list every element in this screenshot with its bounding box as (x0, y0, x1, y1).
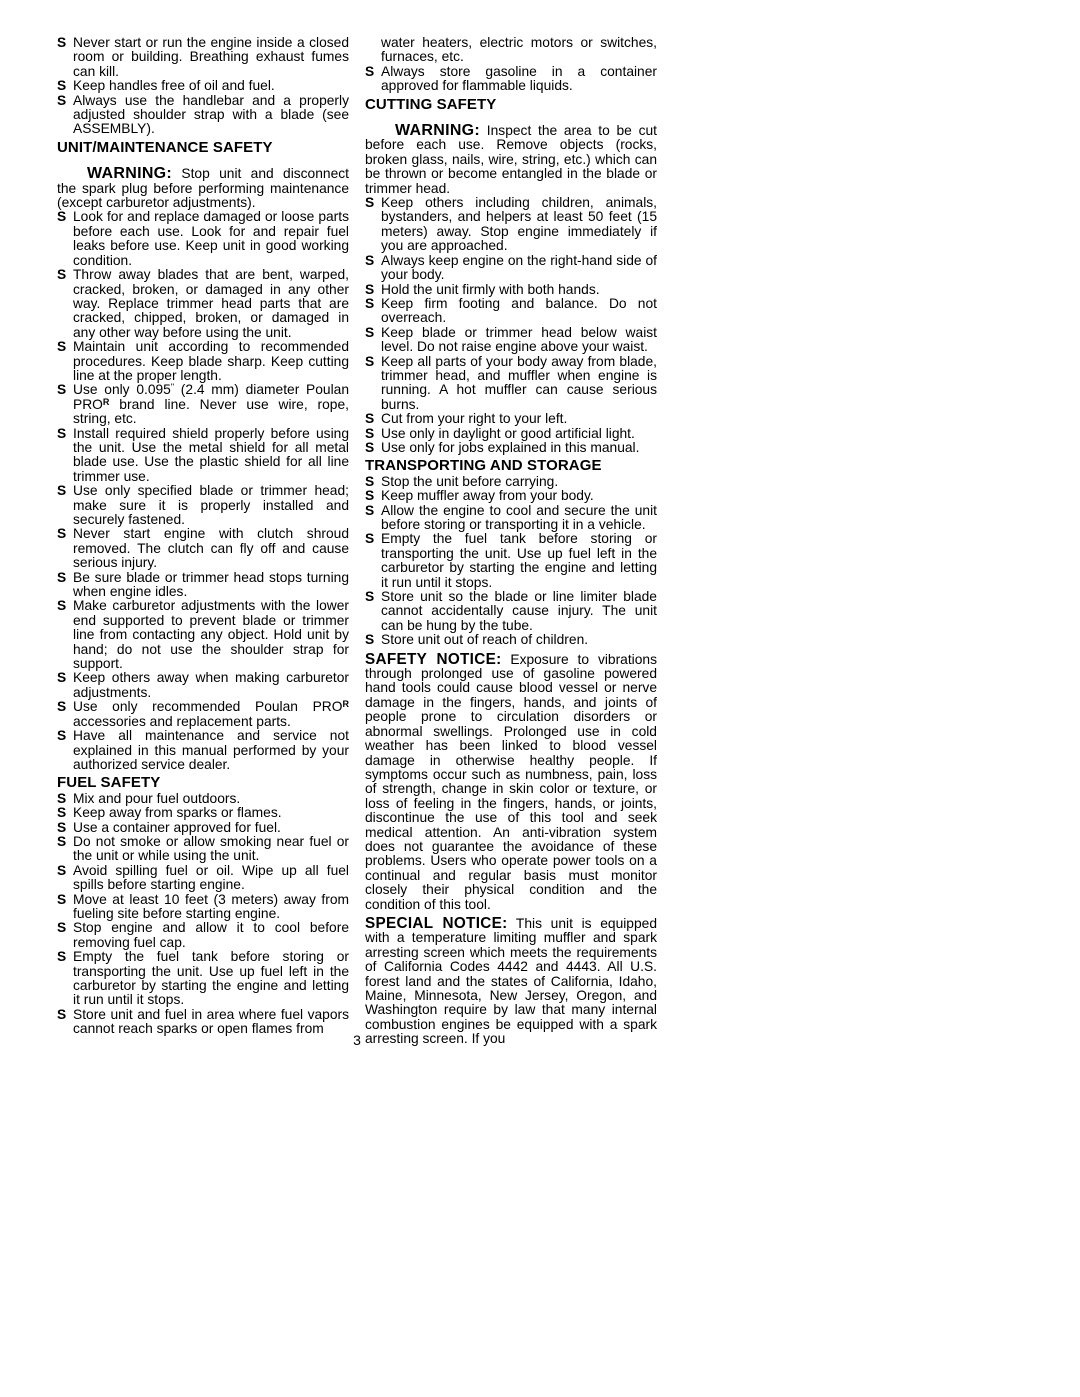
bullet-item: SUse only in daylight or good artificial… (365, 427, 657, 441)
bullet-item: SCut from your right to your left. (365, 412, 657, 426)
bullet-text: Keep muffler away from your body. (381, 488, 594, 503)
bullet-marker: S (365, 427, 374, 441)
bullet-text: Look for and replace damaged or loose pa… (73, 209, 349, 267)
bullet-item: SLook for and replace damaged or loose p… (57, 210, 349, 268)
bullet-text: Use only recommended Poulan PROR accesso… (73, 699, 349, 728)
bullet-item: SKeep handles free of oil and fuel. (57, 79, 349, 93)
bullet-marker: S (57, 821, 66, 835)
bullet-item: SUse only specified blade or trimmer hea… (57, 484, 349, 527)
column-right: water heaters, electric motors or switch… (365, 36, 657, 1047)
bullet-text: Keep firm footing and balance. Do not ov… (381, 296, 657, 325)
bullet-item: SAlways use the handlebar and a properly… (57, 94, 349, 137)
bullet-item: SStop the unit before carrying. (365, 475, 657, 489)
bullet-marker: S (57, 792, 66, 806)
bullet-marker: S (57, 383, 66, 397)
bullet-text: Empty the fuel tank before storing or tr… (381, 531, 657, 589)
bullet-text: Keep away from sparks or flames. (73, 805, 282, 820)
bullet-marker: S (57, 427, 66, 441)
section-heading: CUTTING SAFETY (365, 98, 657, 112)
bullet-marker: S (57, 94, 66, 108)
bullet-text: Hold the unit firmly with both hands. (381, 282, 600, 297)
content-columns: SNever start or run the engine inside a … (57, 36, 657, 1047)
bullet-item: SNever start or run the engine inside a … (57, 36, 349, 79)
bullet-item: SKeep all parts of your body away from b… (365, 355, 657, 413)
bullet-item: SUse a container approved for fuel. (57, 821, 349, 835)
bullet-marker: S (57, 571, 66, 585)
bullet-item: SAlways keep engine on the right-hand si… (365, 254, 657, 283)
bullet-marker: S (365, 504, 374, 518)
bullet-text: Use only 0.095" (2.4 mm) diameter Poulan… (73, 382, 349, 426)
bullet-marker: S (365, 590, 374, 604)
bullet-marker: S (365, 633, 374, 647)
bullet-marker: S (57, 729, 66, 743)
bullet-text: Stop engine and allow it to cool before … (73, 920, 349, 949)
bullet-marker: S (365, 254, 374, 268)
bullet-marker: S (365, 297, 374, 311)
bullet-item: SStore unit so the blade or line limiter… (365, 590, 657, 633)
bullet-marker: S (57, 484, 66, 498)
bullet-marker: S (365, 326, 374, 340)
bullet-item: SAlways store gasoline in a container ap… (365, 65, 657, 94)
warning-paragraph: WARNING: Inspect the area to be cut befo… (365, 124, 657, 196)
bullet-marker: S (57, 599, 66, 613)
document-page: SNever start or run the engine inside a … (0, 0, 1080, 1397)
bullet-item: SKeep blade or trimmer head below waist … (365, 326, 657, 355)
warning-paragraph: WARNING: Stop unit and disconnect the sp… (57, 167, 349, 210)
bullet-text: Keep others away when making carburetor … (73, 670, 349, 699)
bullet-item: SNever start engine with clutch shroud r… (57, 527, 349, 570)
bullet-item: SKeep others away when making carburetor… (57, 671, 349, 700)
bullet-text: Make carburetor adjustments with the low… (73, 598, 349, 671)
bullet-marker: S (57, 921, 66, 935)
bullet-text: Do not smoke or allow smoking near fuel … (73, 834, 349, 863)
bullet-text: Cut from your right to your left. (381, 411, 567, 426)
bullet-text: Never start engine with clutch shroud re… (73, 526, 349, 570)
bullet-marker: S (365, 412, 374, 426)
bullet-item: SMaintain unit according to recommended … (57, 340, 349, 383)
bullet-item: SAvoid spilling fuel or oil. Wipe up all… (57, 864, 349, 893)
notice-paragraph: SPECIAL NOTICE: This unit is equipped wi… (365, 917, 657, 1047)
page-number: 3 (57, 1032, 657, 1048)
bullet-item: SMix and pour fuel outdoors. (57, 792, 349, 806)
text-run: Use only recommended Poulan PRO (73, 699, 343, 714)
bullet-marker: S (57, 893, 66, 907)
bullet-item: SAllow the engine to cool and secure the… (365, 504, 657, 533)
bullet-item: SKeep muffler away from your body. (365, 489, 657, 503)
bullet-marker: S (365, 489, 374, 503)
bullet-item: SEmpty the fuel tank before storing or t… (365, 532, 657, 590)
bullet-marker: S (365, 283, 374, 297)
section-heading: FUEL SAFETY (57, 776, 349, 790)
bullet-item: SKeep firm footing and balance. Do not o… (365, 297, 657, 326)
bullet-marker: S (57, 671, 66, 685)
bullet-marker: S (57, 835, 66, 849)
bullet-text: Stop the unit before carrying. (381, 474, 558, 489)
bullet-item: SMove at least 10 feet (3 meters) away f… (57, 893, 349, 922)
text-run: Use only 0.095 (73, 382, 171, 397)
bullet-text: Allow the engine to cool and secure the … (381, 503, 657, 532)
bullet-item: SEmpty the fuel tank before storing or t… (57, 950, 349, 1008)
bullet-text: Maintain unit according to recommended p… (73, 339, 349, 383)
column-left: SNever start or run the engine inside a … (57, 36, 349, 1047)
bullet-marker: S (57, 806, 66, 820)
bullet-text: Avoid spilling fuel or oil. Wipe up all … (73, 863, 349, 892)
bullet-text: Keep all parts of your body away from bl… (381, 354, 657, 412)
bullet-item: SThrow away blades that are bent, warped… (57, 268, 349, 340)
bullet-item: SInstall required shield properly before… (57, 427, 349, 485)
bullet-item: SDo not smoke or allow smoking near fuel… (57, 835, 349, 864)
bullet-marker: S (57, 79, 66, 93)
bullet-text: Mix and pour fuel outdoors. (73, 791, 240, 806)
bullet-item: SUse only for jobs explained in this man… (365, 441, 657, 455)
text-run: accessories and replacement parts. (73, 714, 291, 729)
bullet-item: SStop engine and allow it to cool before… (57, 921, 349, 950)
bullet-text: Use only in daylight or good artificial … (381, 426, 635, 441)
bullet-item: SUse only 0.095" (2.4 mm) diameter Poula… (57, 383, 349, 426)
bullet-marker: S (57, 1008, 66, 1022)
bullet-text: Store unit out of reach of children. (381, 632, 588, 647)
bullet-marker: S (57, 700, 66, 714)
bullet-text: Use only for jobs explained in this manu… (381, 440, 639, 455)
bullet-text: Use only specified blade or trimmer head… (73, 483, 349, 527)
bullet-text: Throw away blades that are bent, warped,… (73, 267, 349, 340)
bullet-text: Keep others including children, animals,… (381, 195, 657, 253)
bullet-text: Be sure blade or trimmer head stops turn… (73, 570, 349, 599)
bullet-item: SHave all maintenance and service not ex… (57, 729, 349, 772)
bullet-text: Always keep engine on the right-hand sid… (381, 253, 657, 282)
bullet-text: Always store gasoline in a container app… (381, 64, 657, 93)
bullet-text: Never start or run the engine inside a c… (73, 35, 349, 79)
bullet-marker: S (365, 441, 374, 455)
bullet-text: Empty the fuel tank before storing or tr… (73, 949, 349, 1007)
bullet-marker: S (57, 210, 66, 224)
bullet-item: SKeep away from sparks or flames. (57, 806, 349, 820)
bullet-marker: S (57, 268, 66, 282)
bullet-text: Have all maintenance and service not exp… (73, 728, 349, 772)
bullet-item: SHold the unit firmly with both hands. (365, 283, 657, 297)
bullet-item: SBe sure blade or trimmer head stops tur… (57, 571, 349, 600)
bullet-marker: S (57, 527, 66, 541)
superscript-text: R (343, 699, 350, 709)
bullet-marker: S (365, 475, 374, 489)
bullet-text: Move at least 10 feet (3 meters) away fr… (73, 892, 349, 921)
bullet-marker: S (57, 864, 66, 878)
bullet-text: Keep handles free of oil and fuel. (73, 78, 275, 93)
notice-paragraph: SAFETY NOTICE: Exposure to vibrations th… (365, 653, 657, 912)
bullet-marker: S (365, 65, 374, 79)
bullet-text: Install required shield properly before … (73, 426, 349, 484)
bullet-item: SKeep others including children, animals… (365, 196, 657, 254)
bullet-marker: S (365, 532, 374, 546)
notice-text: Exposure to vibrations through prolonged… (365, 652, 657, 912)
text-run: brand line. Never use wire, rope, string… (73, 397, 349, 426)
bullet-item: SUse only recommended Poulan PROR access… (57, 700, 349, 729)
bullet-text: Keep blade or trimmer head below waist l… (381, 325, 657, 354)
bullet-item: SStore unit out of reach of children. (365, 633, 657, 647)
bullet-marker: S (365, 196, 374, 210)
bullet-text: Store unit so the blade or line limiter … (381, 589, 657, 633)
bullet-marker: S (365, 355, 374, 369)
continuation-paragraph: water heaters, electric motors or switch… (365, 36, 657, 65)
bullet-text: Use a container approved for fuel. (73, 820, 281, 835)
bullet-text: Always use the handlebar and a properly … (73, 93, 349, 137)
bullet-marker: S (57, 950, 66, 964)
bullet-item: SMake carburetor adjustments with the lo… (57, 599, 349, 671)
bullet-marker: S (57, 340, 66, 354)
section-heading: TRANSPORTING AND STORAGE (365, 459, 657, 473)
notice-text: This unit is equipped with a temperature… (365, 916, 657, 1046)
bullet-marker: S (57, 36, 66, 50)
section-heading: UNIT/MAINTENANCE SAFETY (57, 141, 349, 155)
